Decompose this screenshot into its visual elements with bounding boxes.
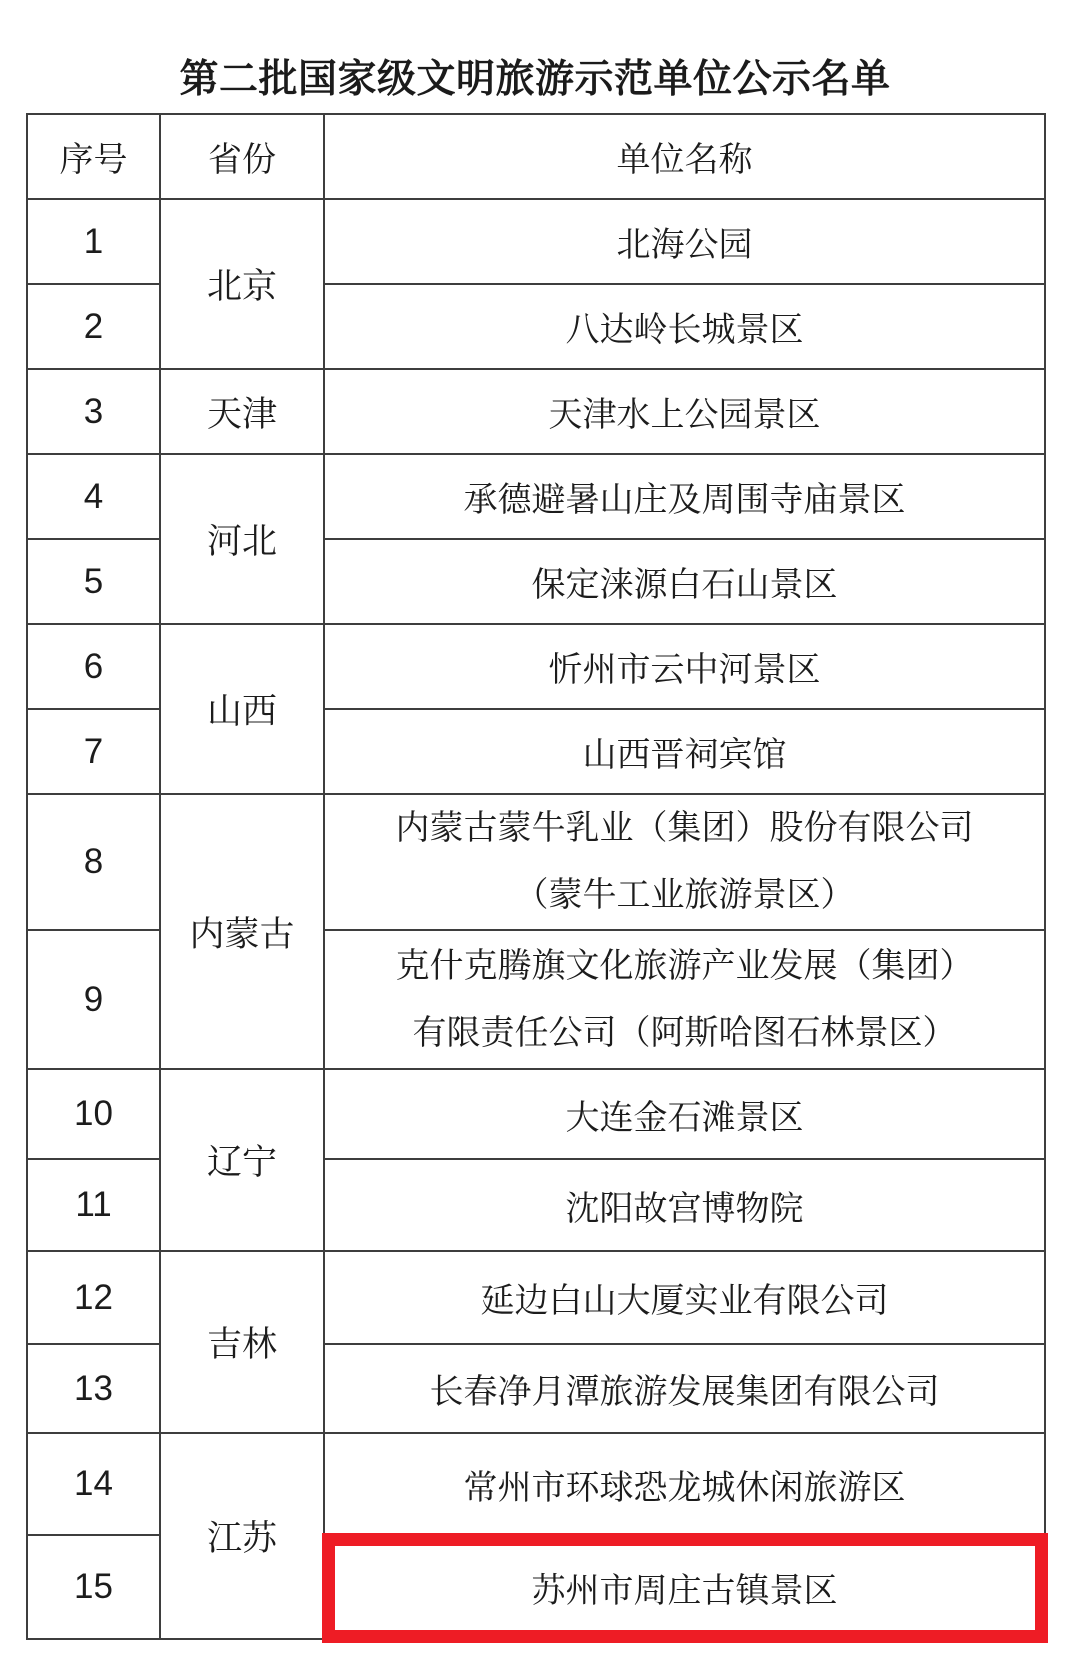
column-header-province: 省份 <box>160 114 324 199</box>
unit-text-line: 有限责任公司（阿斯哈图石林景区） <box>325 1000 1044 1067</box>
row-number: 8 <box>27 794 160 930</box>
table-row: 4 河北 承德避暑山庄及周围寺庙景区 <box>27 454 1045 539</box>
unit-text-line: 内蒙古蒙牛乳业（集团）股份有限公司 <box>325 795 1044 862</box>
announcement-page: 第二批国家级文明旅游示范单位公示名单 序号 省份 单位名称 1 北京 北海公园 … <box>0 0 1074 1674</box>
row-number: 12 <box>27 1251 160 1344</box>
table-row: 6 山西 忻州市云中河景区 <box>27 624 1045 709</box>
unit-cell: 承德避暑山庄及周围寺庙景区 <box>324 454 1045 539</box>
table-row: 3 天津 天津水上公园景区 <box>27 369 1045 454</box>
table-row: 10 辽宁 大连金石滩景区 <box>27 1069 1045 1159</box>
unit-text: 苏州市周庄古镇景区 <box>532 1572 838 1610</box>
row-number: 5 <box>27 539 160 624</box>
announcement-table: 序号 省份 单位名称 1 北京 北海公园 2 八达岭长城景区 3 天津 天津水上… <box>26 113 1046 1640</box>
table-row: 12 吉林 延边白山大厦实业有限公司 <box>27 1251 1045 1344</box>
province-cell-jilin: 吉林 <box>160 1251 324 1433</box>
row-number: 3 <box>27 369 160 454</box>
unit-cell: 天津水上公园景区 <box>324 369 1045 454</box>
row-number: 11 <box>27 1159 160 1251</box>
column-header-no: 序号 <box>27 114 160 199</box>
province-cell-hebei: 河北 <box>160 454 324 624</box>
row-number: 4 <box>27 454 160 539</box>
unit-cell: 沈阳故宫博物院 <box>324 1159 1045 1251</box>
unit-text-line: （蒙牛工业旅游景区） <box>325 862 1044 929</box>
unit-cell: 保定涞源白石山景区 <box>324 539 1045 624</box>
page-title: 第二批国家级文明旅游示范单位公示名单 <box>26 48 1044 104</box>
province-cell-shanxi: 山西 <box>160 624 324 794</box>
unit-cell: 忻州市云中河景区 <box>324 624 1045 709</box>
unit-cell: 北海公园 <box>324 199 1045 284</box>
table-row: 14 江苏 常州市环球恐龙城休闲旅游区 <box>27 1433 1045 1535</box>
unit-text-line: 克什克腾旗文化旅游产业发展（集团） <box>325 933 1044 1000</box>
row-number: 6 <box>27 624 160 709</box>
unit-cell: 常州市环球恐龙城休闲旅游区 <box>324 1433 1045 1535</box>
row-number: 10 <box>27 1069 160 1159</box>
row-number: 14 <box>27 1433 160 1535</box>
row-number: 13 <box>27 1344 160 1433</box>
table-row: 8 内蒙古 内蒙古蒙牛乳业（集团）股份有限公司 （蒙牛工业旅游景区） <box>27 794 1045 930</box>
unit-cell: 山西晋祠宾馆 <box>324 709 1045 794</box>
unit-cell: 克什克腾旗文化旅游产业发展（集团） 有限责任公司（阿斯哈图石林景区） <box>324 930 1045 1069</box>
province-cell-neimenggu: 内蒙古 <box>160 794 324 1069</box>
province-cell-jiangsu: 江苏 <box>160 1433 324 1639</box>
row-number: 2 <box>27 284 160 369</box>
unit-cell: 大连金石滩景区 <box>324 1069 1045 1159</box>
province-cell-beijing: 北京 <box>160 199 324 369</box>
row-number: 1 <box>27 199 160 284</box>
unit-cell: 内蒙古蒙牛乳业（集团）股份有限公司 （蒙牛工业旅游景区） <box>324 794 1045 930</box>
unit-cell-highlighted: 苏州市周庄古镇景区 <box>324 1535 1045 1639</box>
row-number: 15 <box>27 1535 160 1639</box>
column-header-unit: 单位名称 <box>324 114 1045 199</box>
province-cell-tianjin: 天津 <box>160 369 324 454</box>
row-number: 9 <box>27 930 160 1069</box>
row-number: 7 <box>27 709 160 794</box>
table-row: 1 北京 北海公园 <box>27 199 1045 284</box>
unit-cell: 延边白山大厦实业有限公司 <box>324 1251 1045 1344</box>
unit-cell: 八达岭长城景区 <box>324 284 1045 369</box>
unit-cell: 长春净月潭旅游发展集团有限公司 <box>324 1344 1045 1433</box>
province-cell-liaoning: 辽宁 <box>160 1069 324 1251</box>
header-row: 序号 省份 单位名称 <box>27 114 1045 199</box>
